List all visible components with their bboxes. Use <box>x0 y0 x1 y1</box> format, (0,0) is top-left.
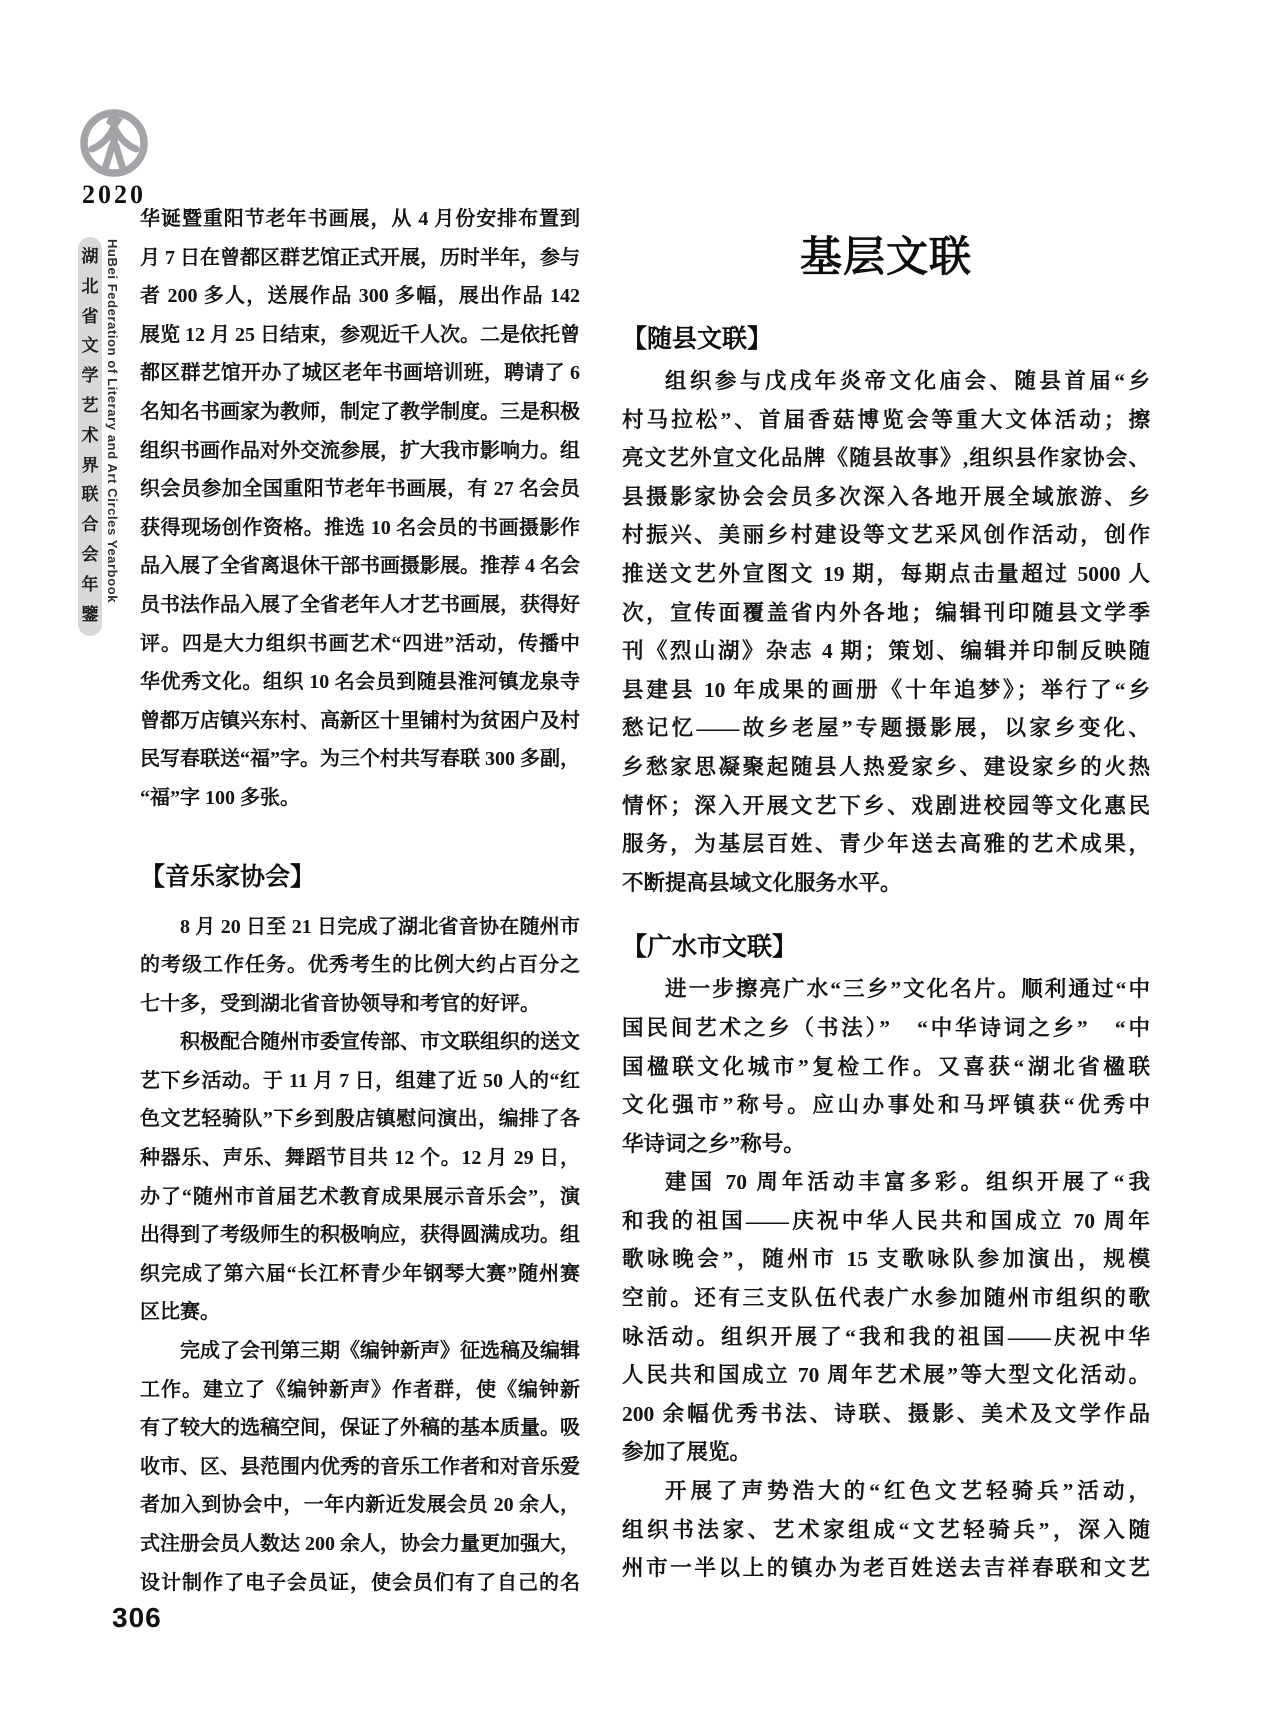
text-line: 国民间艺术之乡（书法）” “中华诗词之乡” “中 <box>622 1009 1150 1048</box>
text-line: 村马拉松”、首届香菇博览会等重大文体活动；擦 <box>622 401 1150 440</box>
sidebar-char: 湖 <box>78 242 102 272</box>
text-line: 名知名书画家为教师，制定了教学制度。三是积极 <box>140 393 580 432</box>
sidebar-char: 界 <box>78 451 102 481</box>
text-line: 月 7 日在曾都区群艺馆正式开展，历时半年，参与 <box>140 239 580 278</box>
text-line: 乡愁家思凝聚起随县人热爱家乡、建设家乡的火热 <box>622 748 1150 787</box>
text-line: 人民共和国成立 70 周年艺术展”等大型文化活动。 <box>622 1356 1150 1395</box>
text-line: 出得到了考级师生的积极响应，获得圆满成功。组 <box>140 1216 580 1255</box>
sidebar-title-english: HuBei Federation of Literary and Art Cir… <box>105 239 120 603</box>
paragraph: 组织参与戊戌年炎帝文化庙会、随县首届“乡村马拉松”、首届香菇博览会等重大文体活动… <box>622 362 1150 902</box>
text-line: 华诞暨重阳节老年书画展，从 4 月份安排布置到 10 <box>140 200 580 239</box>
page-section-title: 基层文联 <box>622 228 1150 286</box>
text-line: 参加了展览。 <box>622 1433 1150 1472</box>
sidebar-title-chinese: 湖北省文学艺术界联合会年鑒 <box>78 237 102 636</box>
text-line: “福”字 100 多张。 <box>140 779 580 818</box>
text-line: 华优秀文化。组织 10 名会员到随县淮河镇龙泉寺村、 <box>140 663 580 702</box>
right-column: 基层文联【随县文联】组织参与戊戌年炎帝文化庙会、随县首届“乡村马拉松”、首届香菇… <box>622 200 1150 1588</box>
text-line: 开展了声势浩大的“红色文艺轻骑兵”活动， <box>622 1472 1150 1511</box>
text-line: 都区群艺馆开办了城区老年书画培训班，聘请了 6 <box>140 354 580 393</box>
text-line: 员书法作品入展了全省老年人才艺书画展，获得好 <box>140 586 580 625</box>
text-line: 200 余幅优秀书法、诗联、摄影、美术及文学作品 <box>622 1395 1150 1434</box>
text-line: 情怀；深入开展文艺下乡、戏剧进校园等文化惠民 <box>622 787 1150 826</box>
text-line: 组织书法家、艺术家组成“文艺轻骑兵”，深入随 <box>622 1511 1150 1550</box>
logo-block: 2020 <box>74 108 154 210</box>
text-line: 者 200 多人，送展作品 300 多幅，展出作品 142 幅， <box>140 277 580 316</box>
text-line: 国楹联文化城市”复检工作。又喜获“湖北省楹联 <box>622 1048 1150 1087</box>
sidebar-char: 学 <box>78 361 102 391</box>
text-line: 获得现场创作资格。推选 10 名会员的书画摄影作 <box>140 509 580 548</box>
sidebar-char: 省 <box>78 302 102 332</box>
text-line: 不断提高县域文化服务水平。 <box>622 864 1150 903</box>
sidebar-char: 联 <box>78 480 102 510</box>
text-line: 七十多，受到湖北省音协领导和考官的好评。 <box>140 985 580 1024</box>
sidebar-char: 文 <box>78 331 102 361</box>
text-line: 县建县 10 年成果的画册《十年追梦》；举行了“乡 <box>622 671 1150 710</box>
text-line: 展览 12 月 25 日结束，参观近千人次。二是依托曾 <box>140 316 580 355</box>
sidebar-char: 术 <box>78 421 102 451</box>
text-line: 积极配合随州市委宣传部、市文联组织的送文 <box>140 1023 580 1062</box>
sidebar-char: 会 <box>78 540 102 570</box>
text-line: 州市一半以上的镇办为老百姓送去吉祥春联和文艺 <box>622 1549 1150 1588</box>
text-line: 的考级工作任务。优秀考生的比例大约占百分之 <box>140 946 580 985</box>
text-line: 文化强市”称号。应山办事处和马坪镇获“优秀中 <box>622 1086 1150 1125</box>
paragraph: 进一步擦亮广水“三乡”文化名片。顺利通过“中国民间艺术之乡（书法）” “中华诗词… <box>622 970 1150 1163</box>
text-line: 进一步擦亮广水“三乡”文化名片。顺利通过“中 <box>622 970 1150 1009</box>
text-line: 县摄影家协会会员多次深入各地开展全域旅游、乡 <box>622 478 1150 517</box>
text-line: 者加入到协会中，一年内新近发展会员 20 余人，正 <box>140 1486 580 1525</box>
paragraph: 开展了声势浩大的“红色文艺轻骑兵”活动，组织书法家、艺术家组成“文艺轻骑兵”，深… <box>622 1472 1150 1588</box>
text-line: 建国 70 周年活动丰富多彩。组织开展了“我 <box>622 1163 1150 1202</box>
text-line: 色文艺轻骑队”下乡到殷店镇慰问演出，编排了各 <box>140 1100 580 1139</box>
text-line: 和我的祖国——庆祝中华人民共和国成立 70 周年 <box>622 1202 1150 1241</box>
text-line: 组织参与戊戌年炎帝文化庙会、随县首届“乡 <box>622 362 1150 401</box>
text-line: 设计制作了电子会员证，使会员们有了自己的名片。 <box>140 1564 580 1603</box>
text-line: 工作。建立了《编钟新声》作者群，使《编钟新声》 <box>140 1371 580 1410</box>
text-line: 式注册会员人数达 200 余人，协会力量更加强大，并 <box>140 1525 580 1564</box>
text-line: 华诗词之乡”称号。 <box>622 1125 1150 1164</box>
text-line: 推送文艺外宣图文 19 期，每期点击量超过 5000 人 <box>622 555 1150 594</box>
text-line: 完成了会刊第三期《编钟新声》征选稿及编辑 <box>140 1332 580 1371</box>
federation-logo-icon <box>79 108 149 178</box>
text-line: 民写春联送“福”字。为三个村共写春联 300 多副， <box>140 740 580 779</box>
entry-heading: 【音乐家协会】 <box>140 854 580 900</box>
text-line: 有了较大的选稿空间，保证了外稿的基本质量。吸 <box>140 1409 580 1448</box>
text-line: 亮文艺外宣文化品牌《随县故事》,组织县作家协会、 <box>622 439 1150 478</box>
text-line: 服务，为基层百姓、青少年送去高雅的艺术成果， <box>622 825 1150 864</box>
text-line: 咏活动。组织开展了“我和我的祖国——庆祝中华 <box>622 1318 1150 1357</box>
text-line: 刊《烈山湖》杂志 4 期；策划、编辑并印制反映随 <box>622 632 1150 671</box>
text-line: 曾都万店镇兴东村、高新区十里铺村为贫困户及村 <box>140 702 580 741</box>
sidebar-char: 艺 <box>78 391 102 421</box>
text-line: 8 月 20 日至 21 日完成了湖北省音协在随州市 <box>140 908 580 947</box>
text-line: 空前。还有三支队伍代表广水参加随州市组织的歌 <box>622 1279 1150 1318</box>
text-line: 织完成了第六届“长江杯青少年钢琴大赛”随州赛 <box>140 1255 580 1294</box>
paragraph: 完成了会刊第三期《编钟新声》征选稿及编辑工作。建立了《编钟新声》作者群，使《编钟… <box>140 1332 580 1602</box>
text-line: 村振兴、美丽乡村建设等文艺采风创作活动，创作 <box>622 516 1150 555</box>
text-line: 收市、区、县范围内优秀的音乐工作者和对音乐爱好 <box>140 1448 580 1487</box>
text-line: 种器乐、声乐、舞蹈节目共 12 个。12 月 29 日，举 <box>140 1139 580 1178</box>
text-line: 组织书画作品对外交流参展，扩大我市影响力。组 <box>140 432 580 471</box>
text-line: 次，宣传面覆盖省内外各地；编辑刊印随县文学季 <box>622 594 1150 633</box>
paragraph: 积极配合随州市委宣传部、市文联组织的送文艺下乡活动。于 11 月 7 日，组建了… <box>140 1023 580 1332</box>
sidebar-char: 北 <box>78 272 102 302</box>
text-line: 区比赛。 <box>140 1293 580 1332</box>
text-line: 评。四是大力组织书画艺术“四进”活动，传播中 <box>140 625 580 664</box>
text-line: 织会员参加全国重阳节老年书画展，有 27 名会员 <box>140 470 580 509</box>
page-number: 306 <box>112 1602 162 1634</box>
text-line: 办了“随州市首届艺术教育成果展示音乐会”，演 <box>140 1178 580 1217</box>
left-column: 华诞暨重阳节老年书画展，从 4 月份安排布置到 10月 7 日在曾都区群艺馆正式… <box>140 200 580 1602</box>
entry-heading: 【随县文联】 <box>622 316 1150 362</box>
text-line: 愁记忆——故乡老屋”专题摄影展，以家乡变化、 <box>622 709 1150 748</box>
text-line: 艺下乡活动。于 11 月 7 日，组建了近 50 人的“红 <box>140 1062 580 1101</box>
paragraph: 华诞暨重阳节老年书画展，从 4 月份安排布置到 10月 7 日在曾都区群艺馆正式… <box>140 200 580 818</box>
sidebar-char: 合 <box>78 510 102 540</box>
paragraph: 建国 70 周年活动丰富多彩。组织开展了“我和我的祖国——庆祝中华人民共和国成立… <box>622 1163 1150 1472</box>
yearbook-page: 2020 湖北省文学艺术界联合会年鑒 HuBei Federation of L… <box>0 0 1276 1719</box>
text-line: 品入展了全省离退休干部书画摄影展。推荐 4 名会 <box>140 547 580 586</box>
entry-heading: 【广水市文联】 <box>622 924 1150 970</box>
text-line: 歌咏晚会”，随州市 15 支歌咏队参加演出，规模 <box>622 1240 1150 1279</box>
sidebar-char: 年 <box>78 570 102 600</box>
paragraph: 8 月 20 日至 21 日完成了湖北省音协在随州市的考级工作任务。优秀考生的比… <box>140 908 580 1024</box>
sidebar-char: 鑒 <box>78 600 102 630</box>
